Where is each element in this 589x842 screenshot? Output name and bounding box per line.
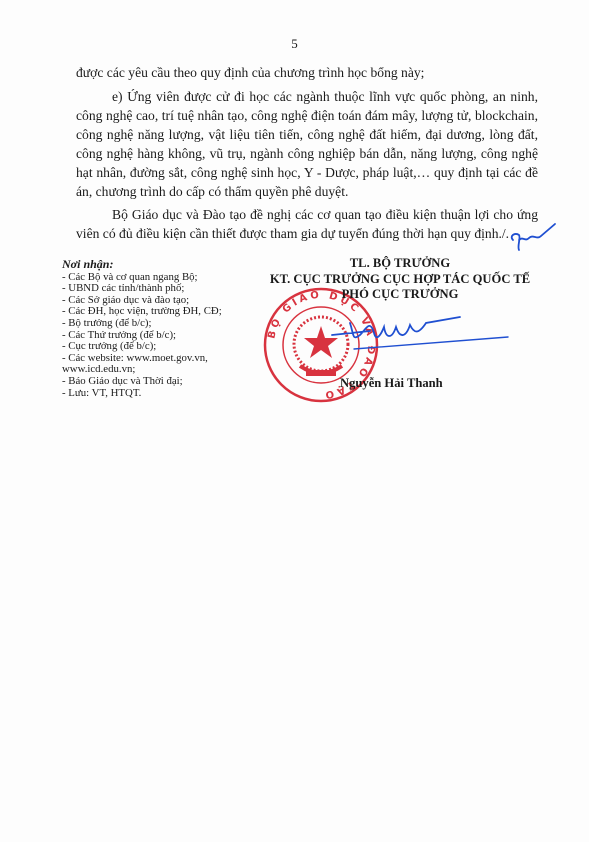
recipient-item: - Lưu: VT, HTQT.: [62, 388, 262, 400]
recipient-item: - Bộ trưởng (để b/c);: [62, 318, 262, 330]
paragraph-text: e) Ứng viên được cử đi học các ngành thu…: [76, 87, 538, 201]
signer-department-line: KT. CỤC TRƯỞNG CỤC HỢP TÁC QUỐC TẾ: [252, 272, 548, 288]
recipient-item: - Báo Giáo dục và Thời đại;: [62, 376, 262, 388]
paragraph-continuation: được các yêu cầu theo quy định của chươn…: [76, 63, 538, 82]
initials-signature-icon: [507, 218, 557, 254]
signer-authority-line: TL. BỘ TRƯỞNG: [252, 256, 548, 272]
recipients-list: Nơi nhận: - Các Bộ và cơ quan ngang Bộ; …: [62, 259, 262, 399]
paragraph-text: Bộ Giáo dục và Đào tạo đề nghị các cơ qu…: [76, 205, 538, 243]
paragraph-text: được các yêu cầu theo quy định của chươn…: [76, 63, 538, 82]
recipients-title: Nơi nhận:: [62, 259, 262, 271]
signer-position-line: PHÓ CỤC TRƯỞNG: [252, 287, 548, 303]
signer-name: Nguyễn Hải Thanh: [340, 376, 443, 391]
page-number: 5: [0, 36, 589, 52]
recipient-item: - Cục trưởng (để b/c);: [62, 341, 262, 353]
paragraph-closing: Bộ Giáo dục và Đào tạo đề nghị các cơ qu…: [76, 205, 538, 243]
signature-block: TL. BỘ TRƯỞNG KT. CỤC TRƯỞNG CỤC HỢP TÁC…: [252, 256, 548, 303]
paragraph-item-e: e) Ứng viên được cử đi học các ngành thu…: [76, 87, 538, 201]
handwritten-signature-icon: [330, 305, 510, 355]
